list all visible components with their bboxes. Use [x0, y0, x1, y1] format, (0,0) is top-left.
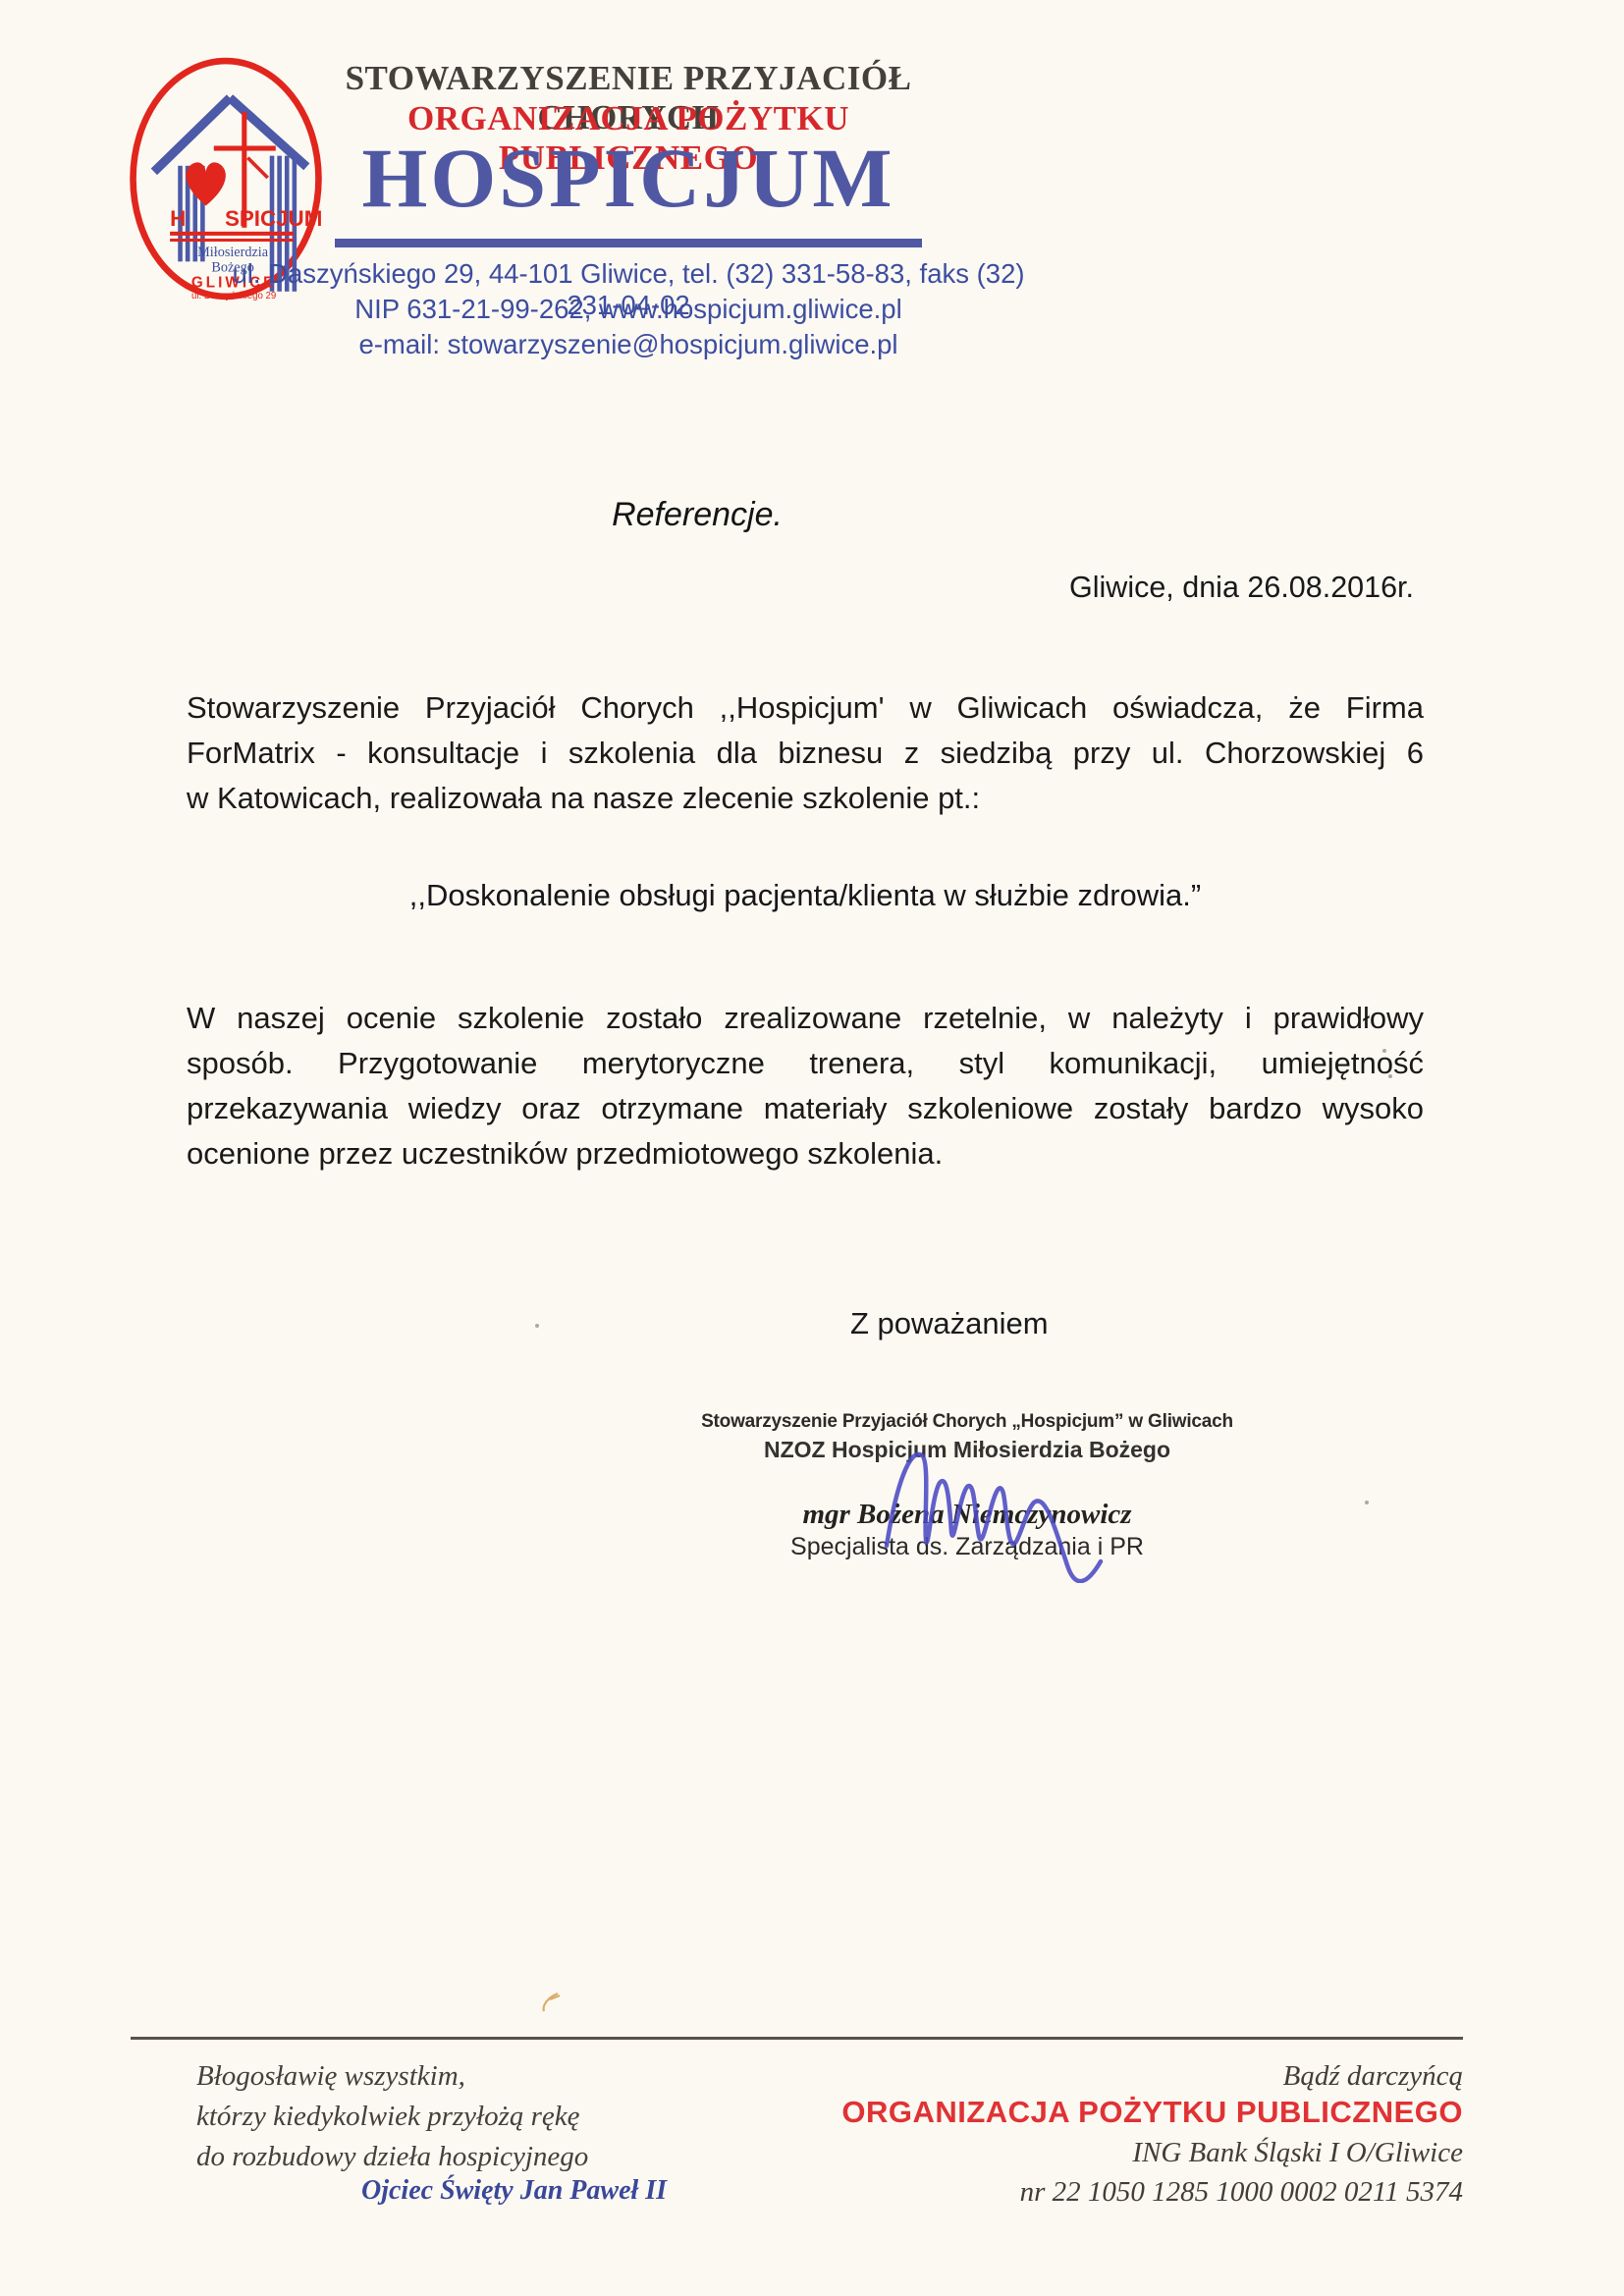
stamp-line1: Stowarzyszenie Przyjaciół Chorych „Hospi…: [687, 1411, 1247, 1433]
logo-letter-h: H: [170, 206, 186, 231]
scan-speck: [1388, 1074, 1392, 1078]
email-line: e-mail: stowarzyszenie@hospicjum.gliwice…: [221, 329, 1036, 360]
training-title: ,,Doskonalenie obsługi pacjenta/klienta …: [187, 878, 1424, 913]
org-name-underline: [335, 239, 922, 247]
footer-bank-account: nr 22 1050 1285 1000 0002 0211 5374: [746, 2172, 1463, 2212]
footer-bank-name: ING Bank Śląski I O/Gliwice: [746, 2133, 1463, 2172]
dateline: Gliwice, dnia 26.08.2016r.: [982, 571, 1414, 605]
handwritten-signature: [869, 1436, 1173, 1583]
paragraph-1-line: Stowarzyszenie Przyjaciół Chorych ,,Hosp…: [187, 685, 1424, 731]
scan-speck: [1382, 1049, 1386, 1053]
closing-salutation: Z poważaniem: [850, 1306, 1049, 1341]
paragraph-2-line: przekazywania wiedzy oraz otrzymane mate…: [187, 1086, 1424, 1131]
org-name: HOSPICJUM: [280, 134, 977, 222]
paragraph-2-line: ocenione przez uczestników przedmiotoweg…: [187, 1131, 1424, 1176]
paragraph-1-line: ForMatrix - konsultacje i szkolenia dla …: [187, 731, 1424, 776]
footer-quote-line: Błogosławię wszystkim,: [196, 2056, 746, 2097]
scan-smudge: [538, 1992, 564, 2013]
footer-quote-line: którzy kiedykolwiek przyłożą rękę: [196, 2097, 746, 2137]
paragraph-1: Stowarzyszenie Przyjaciół Chorych ,,Hosp…: [187, 685, 1424, 821]
letter-title: Referencje.: [545, 496, 849, 534]
paragraph-2: W naszej ocenie szkolenie zostało zreali…: [187, 996, 1424, 1176]
paragraph-2-line: sposób. Przygotowanie merytoryczne trene…: [187, 1041, 1424, 1086]
scan-speck: [535, 1324, 539, 1328]
footer-donor-line: Bądź darczyńcą: [746, 2056, 1463, 2096]
footer-quote-line: do rozbudowy dzieła hospicyjnego: [196, 2137, 746, 2177]
heart-icon: [186, 162, 225, 205]
nip-line: NIP 631-21-99-262, www.hospicjum.gliwice…: [221, 294, 1036, 325]
footer-divider: [131, 2037, 1463, 2040]
paragraph-2-line: W naszej ocenie szkolenie zostało zreali…: [187, 996, 1424, 1041]
footer-opp-line: ORGANIZACJA POŻYTKU PUBLICZNEGO: [746, 2093, 1463, 2132]
scan-speck: [1365, 1501, 1369, 1504]
paragraph-1-line: w Katowicach, realizowała na nasze zlece…: [187, 776, 1424, 821]
reference-letter-page: H SPICJUM Miłosierdzia Bożego GLIWICE ul…: [0, 0, 1624, 2296]
footer-quote-author: Ojciec Święty Jan Paweł II: [361, 2175, 774, 2207]
signature-ink-icon: [869, 1436, 1173, 1583]
